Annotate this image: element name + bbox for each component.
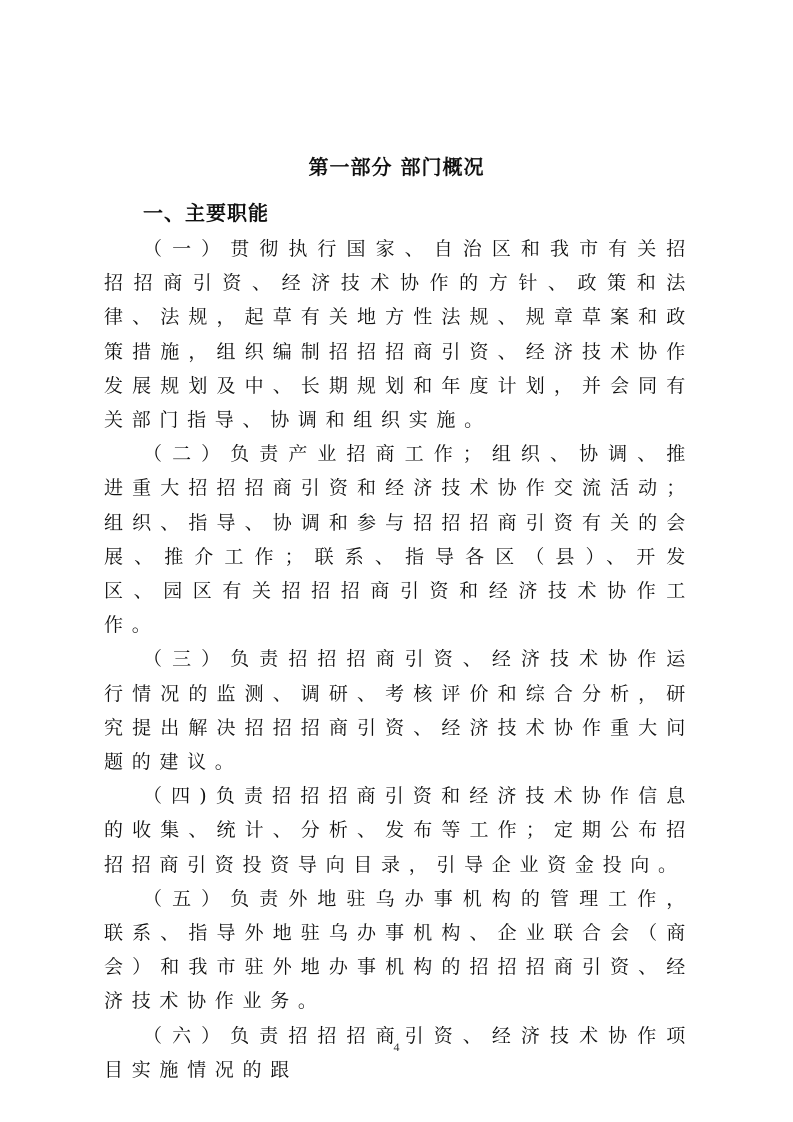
paragraph-5: （五）负责外地驻乌办事机构的管理工作，联系、指导外地驻乌办事机构、企业联合会（商… <box>104 882 694 1019</box>
body-text: （一）贯彻执行国家、自治区和我市有关招招招商引资、经济技术协作的方针、政策和法律… <box>104 232 694 1087</box>
section-heading: 一、主要职能 <box>143 198 269 228</box>
paragraph-2: （二）负责产业招商工作；组织、协调、推进重大招招招商引资和经济技术协作交流活动；… <box>104 437 694 642</box>
page-title: 第一部分 部门概况 <box>0 152 793 182</box>
document-page: 第一部分 部门概况 一、主要职能 （一）贯彻执行国家、自治区和我市有关招招招商引… <box>0 0 793 1122</box>
paragraph-1: （一）贯彻执行国家、自治区和我市有关招招招商引资、经济技术协作的方针、政策和法律… <box>104 232 694 437</box>
paragraph-3: （三）负责招招招商引资、经济技术协作运行情况的监测、调研、考核评价和综合分析，研… <box>104 642 694 779</box>
page-number: 4 <box>0 1040 793 1055</box>
paragraph-4: （四)负责招招招商引资和经济技术协作信息的收集、统计、分析、发布等工作；定期公布… <box>104 779 694 882</box>
